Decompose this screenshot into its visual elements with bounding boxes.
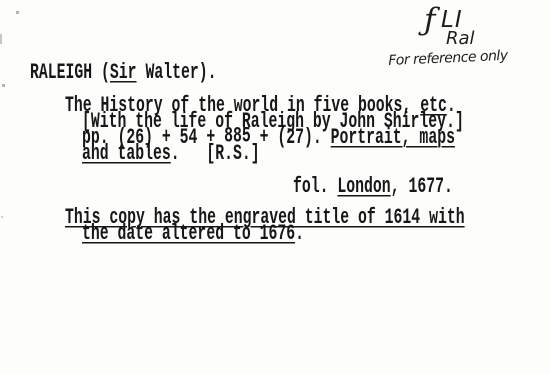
- imprint-pre: fol.: [293, 176, 337, 200]
- imprint-post: , 1677.: [391, 176, 453, 200]
- heading-underlined: Sir: [110, 62, 137, 86]
- collation-2-post: . [R.S.]: [171, 143, 260, 167]
- heading-pre: RALEIGH (: [30, 62, 110, 86]
- handwritten-reference-note: For reference only: [388, 49, 508, 68]
- handwritten-shelfmark-subclass: Ral: [446, 30, 475, 48]
- scan-artifact: [0, 34, 2, 44]
- scan-artifact: [2, 84, 5, 87]
- imprint-underlined: London: [337, 176, 390, 200]
- scan-artifact: [16, 11, 19, 14]
- note-2-underlined: the date altered to 1676: [82, 223, 295, 247]
- imprint-line: fol. London, 1677.: [293, 177, 453, 199]
- heading-line: RALEIGH (Sir Walter).: [30, 63, 216, 85]
- handwritten-shelfmark-f: ƒ: [424, 5, 435, 36]
- collation-2-underlined: and tables: [82, 143, 171, 167]
- scan-artifact: [1, 216, 3, 218]
- heading-post: Walter).: [137, 62, 217, 86]
- collation-mid: + (27).: [251, 127, 331, 151]
- catalogue-card-scan: ƒ LI Ral For reference only RALEIGH (Sir…: [0, 0, 550, 374]
- collation-underlined: Portrait, maps: [331, 127, 455, 151]
- note-2-post: .: [295, 223, 304, 247]
- collation-line-2: and tables. [R.S.]: [82, 144, 260, 166]
- note-line-2: the date altered to 1676.: [82, 224, 304, 246]
